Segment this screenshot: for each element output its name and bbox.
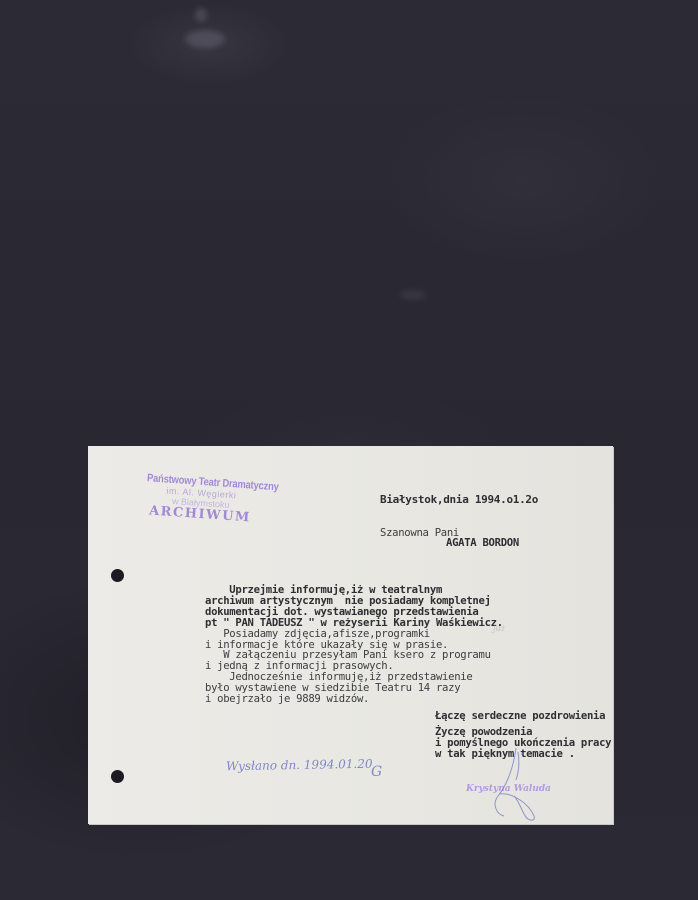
place-date: Białystok,dnia 1994.o1.2o [380, 494, 538, 505]
archive-stamp: Państwowy Teatr Dramatyczny im. Al. Węgi… [135, 472, 268, 527]
dust-speck [400, 290, 426, 300]
dust-speck [195, 8, 207, 22]
dust-speck [185, 30, 225, 48]
body-line: i obejrzało je 9889 widzów. [205, 694, 369, 705]
letter-page: Państwowy Teatr Dramatyczny im. Al. Węgi… [88, 446, 613, 824]
closing-line: Łączę serdeczne pozdrowienia [435, 711, 605, 722]
signature-scribble [488, 744, 548, 824]
punch-hole-top [111, 569, 124, 582]
punch-hole-bottom [111, 770, 124, 783]
recipient-name: AGATA BORDON [446, 538, 519, 549]
body-line: Posiadamy zdjęcia,afisze,programki [205, 629, 430, 640]
handwritten-initial: G [371, 764, 382, 780]
handwritten-sent-note: Wysłano dn. 1994.01.20 [226, 757, 373, 774]
margin-note: już [493, 624, 505, 633]
